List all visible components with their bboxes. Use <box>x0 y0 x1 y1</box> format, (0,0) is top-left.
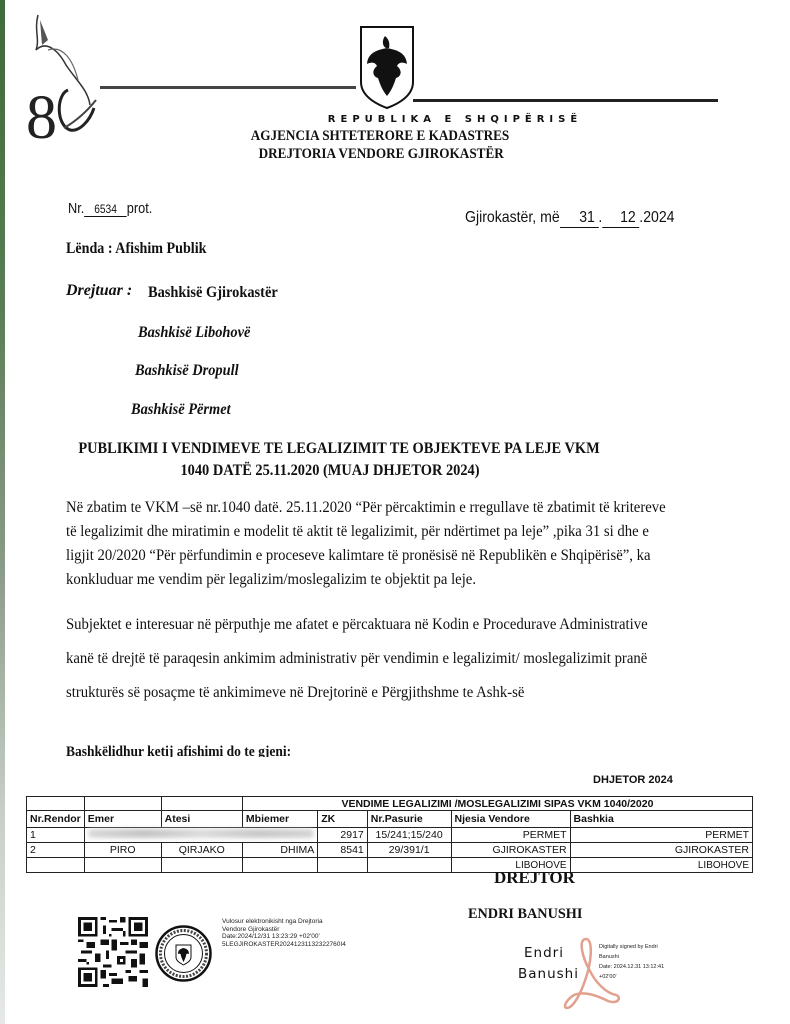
addressees-label: Drejtuar : <box>66 282 132 300</box>
legalization-decisions-table: VENDIME LEGALIZIMI /MOSLEGALIZIMI SIPAS … <box>26 796 753 873</box>
signatory-name: ENDRI BANUSHI <box>468 906 582 923</box>
col-emer: Emer <box>84 811 161 828</box>
col-atesi: Atesi <box>161 811 242 828</box>
date-place: Gjirokastër, më <box>465 209 560 226</box>
recipient-permet: Bashkisë Përmet <box>131 401 231 419</box>
title-line-1: PUBLIKIMI I VENDIMEVE TE LEGALIZIMIT TE … <box>60 438 618 460</box>
signatory-role: DREJTOR <box>494 868 575 888</box>
protocol-prefix: Nr. <box>68 200 84 217</box>
anniversary-80-logo: 8 <box>18 10 98 145</box>
subject-line: Lënda : Afishim Publik <box>66 240 206 258</box>
scan-edge-strip <box>0 0 5 1024</box>
digital-signed-by: Digitally signed by Endri Banushi <box>599 942 669 962</box>
date-day: 31 <box>560 209 599 228</box>
date-month: 12 <box>602 209 639 228</box>
header-directorate: DREJTORIA VENDORE GJIROKASTËR <box>258 146 504 163</box>
table-row: 2 PIRO QIRJAKO DHIMA 8541 29/391/1 GJIRO… <box>27 843 753 858</box>
col-nr-pasurie: Nr.Pasurie <box>367 811 451 828</box>
col-bashkia: Bashkia <box>570 811 752 828</box>
signature-name-large: Endri Banushi <box>518 943 579 985</box>
body-paragraph-2: Subjektet e interesuar në përputhje me a… <box>66 608 673 710</box>
recipient-libohove: Bashkisë Libohovë <box>138 324 250 342</box>
albanian-eagle-emblem-icon <box>358 24 416 110</box>
digital-signed-timezone: +02'00' <box>599 972 669 982</box>
table-row: 1 2917 15/241;15/240 PERMET PERMET <box>27 828 753 843</box>
digital-signed-date: Date: 2024.12.31 13:12:41 <box>599 962 669 972</box>
col-njesia-vendore: Njesia Vendore <box>451 811 570 828</box>
official-seal-icon <box>155 925 212 982</box>
header-rule-right <box>413 99 718 102</box>
header-republika: REPUBLIKA E SHQIPËRISË <box>265 114 645 125</box>
recipient-dropull: Bashkisë Dropull <box>135 362 239 380</box>
protocol-suffix: prot. <box>127 200 153 217</box>
digital-signature-details: Digitally signed by Endri Banushi Date: … <box>599 942 669 982</box>
table-header-row: Nr.Rendor Emer Atesi Mbiemer ZK Nr.Pasur… <box>27 811 753 828</box>
document-title: PUBLIKIMI I VENDIMEVE TE LEGALIZIMIT TE … <box>60 438 618 482</box>
table-month-label: DHJETOR 2024 <box>593 774 673 786</box>
signature-first-name: Endri <box>518 943 579 964</box>
redacted-name <box>84 828 317 843</box>
recipient-gjirokaster: Bashkisë Gjirokastër <box>148 284 278 302</box>
col-mbiemer: Mbiemer <box>242 811 317 828</box>
col-zk: ZK <box>318 811 368 828</box>
electronic-seal-text: Vulosur elektronikisht nga Drejtoria Ven… <box>222 918 346 948</box>
table-group-title: VENDIME LEGALIZIMI /MOSLEGALIZIMI SIPAS … <box>242 797 752 811</box>
svg-text:8: 8 <box>26 84 57 145</box>
table-group-row: VENDIME LEGALIZIMI /MOSLEGALIZIMI SIPAS … <box>27 797 753 811</box>
attachment-line: Bashkëlidhur ketij afishimi do te gjeni: <box>66 744 291 757</box>
signature-last-name: Banushi <box>518 966 579 982</box>
title-line-2: 1040 DATË 25.11.2020 (MUAJ DHJETOR 2024) <box>60 460 618 482</box>
document-date: Gjirokastër, më31.12.2024 <box>465 209 675 228</box>
protocol-value: 6534 <box>84 202 127 217</box>
col-nr-rendor: Nr.Rendor <box>27 811 85 828</box>
date-year: .2024 <box>639 209 674 226</box>
header-agency: AGJENCIA SHTETERORE E KADASTRES <box>248 128 512 145</box>
header-rule-left <box>100 86 356 89</box>
table-row-partial: LIBOHOVE LIBOHOVE <box>27 858 753 873</box>
protocol-number: Nr.6534prot. <box>68 200 152 217</box>
qr-code-icon <box>78 917 148 987</box>
body-paragraph-1: Në zbatim te VKM –së nr.1040 datë. 25.11… <box>66 496 673 592</box>
